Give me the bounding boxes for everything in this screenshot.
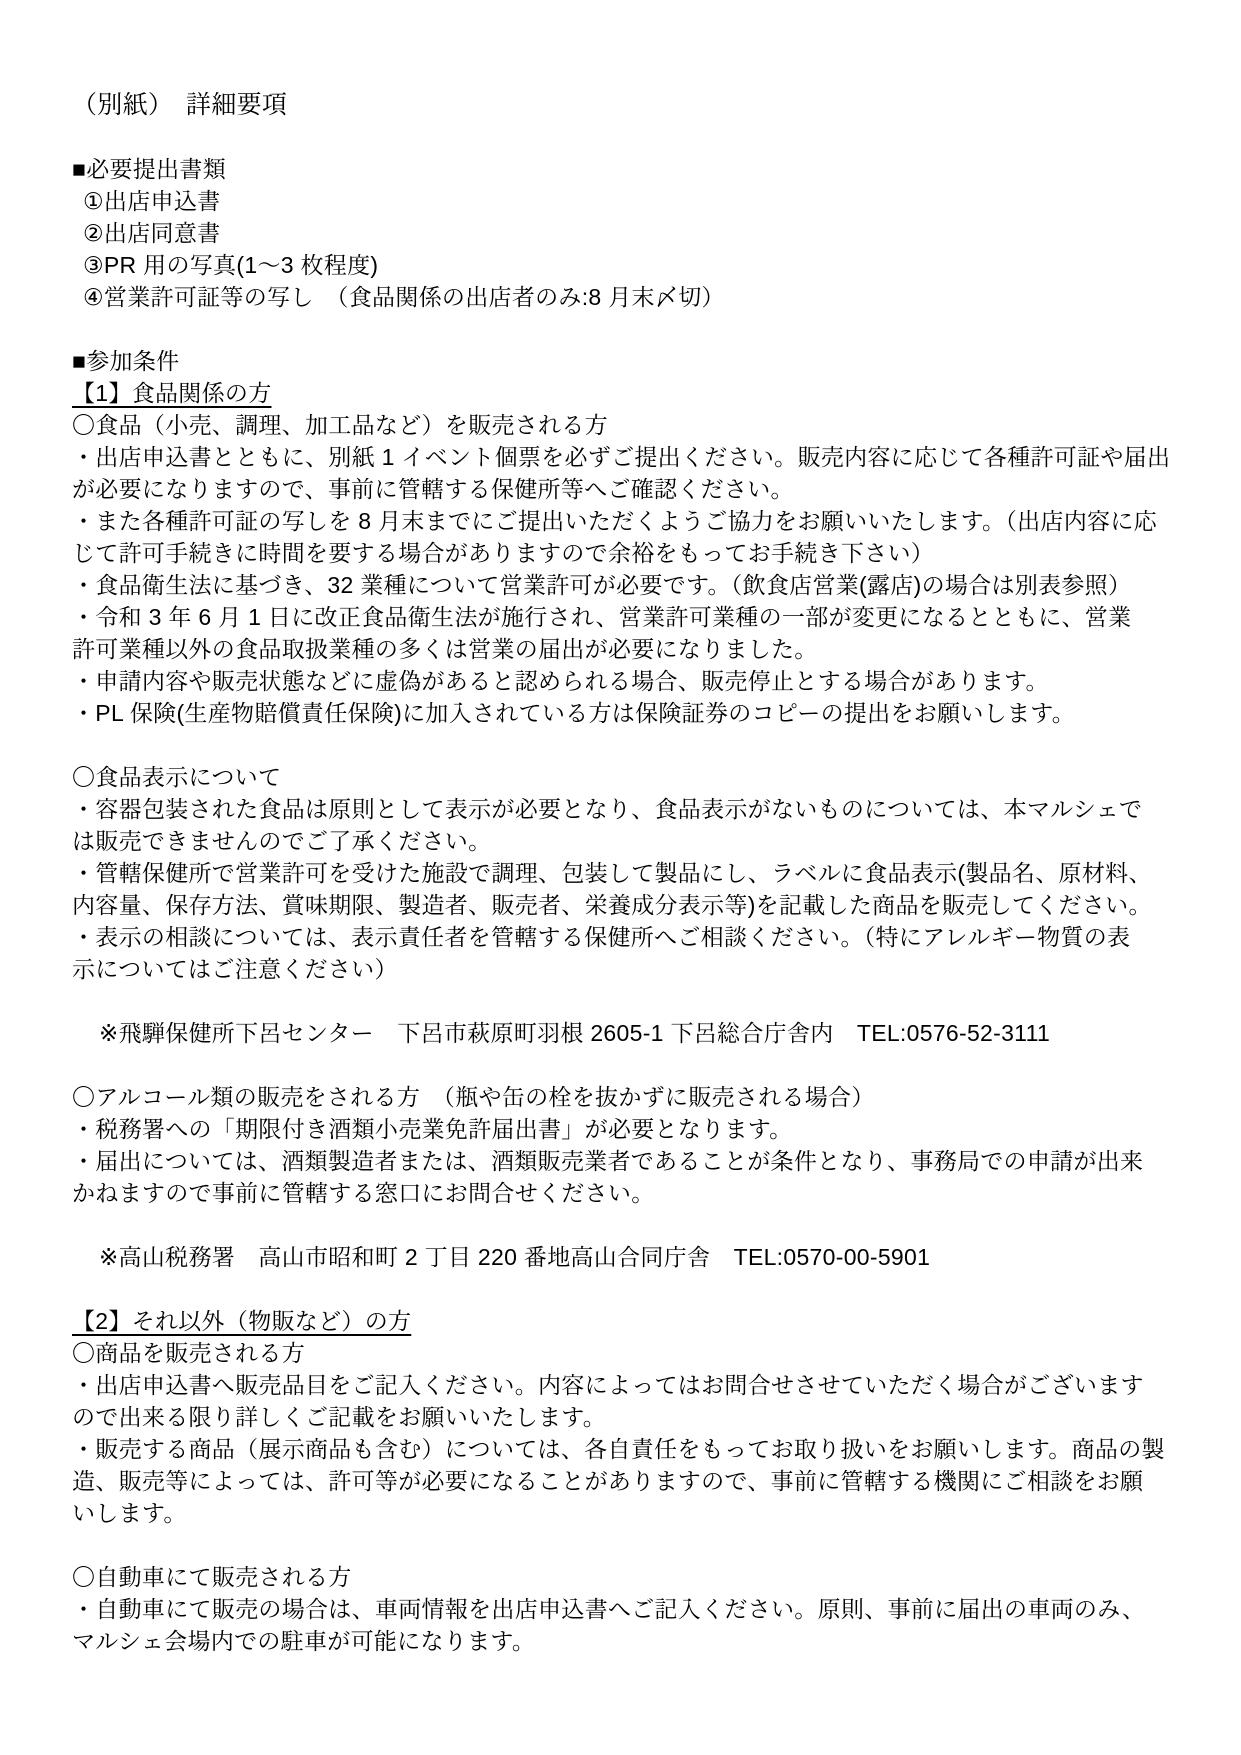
page-title: （別紙） 詳細要項 — [72, 89, 1182, 121]
text-line: ・PL 保険(生産物賠償責任保険)に加入されている方は保険証券のコピーの提出をお… — [72, 697, 1182, 729]
required-document-item: ③PR 用の写真(1～3 枚程度) — [72, 249, 1182, 281]
text-line: ・出店申込書とともに、別紙 1 イベント個票を必ずご提出ください。販売内容に応じ… — [72, 441, 1182, 473]
text-line: いします。 — [72, 1497, 1182, 1529]
spacer — [72, 1529, 1182, 1561]
food-labeling-subheading: 〇食品表示について — [72, 761, 1182, 793]
text-line: ・販売する商品（展示商品も含む）については、各自責任をもってお取り扱いをお願いし… — [72, 1433, 1182, 1465]
other-section-heading-text: 【2】それ以外（物販など）の方 — [72, 1305, 411, 1337]
text-line: 内容量、保存方法、賞味期限、製造者、販売者、栄養成分表示等)を記載した商品を販売… — [72, 889, 1182, 921]
spacer — [72, 121, 1182, 153]
required-document-item: ②出店同意書 — [72, 217, 1182, 249]
spacer — [72, 729, 1182, 761]
required-document-item: ④営業許可証等の写し （食品関係の出店者のみ:8 月末〆切） — [72, 281, 1182, 313]
goods-subheading: 〇商品を販売される方 — [72, 1337, 1182, 1369]
text-line: ・届出については、酒類製造者または、酒類販売業者であることが条件となり、事務局で… — [72, 1145, 1182, 1177]
text-line: ので出来る限り詳しくご記載をお願いいたします。 — [72, 1401, 1182, 1433]
participation-heading: ■参加条件 — [72, 345, 1182, 377]
text-line: 許可業種以外の食品取扱業種の多くは営業の届出が必要になりました。 — [72, 633, 1182, 665]
text-line: ・容器包装された食品は原則として表示が必要となり、食品表示がないものについては、… — [72, 793, 1182, 825]
text-line: かねますので事前に管轄する窓口にお問合せください。 — [72, 1177, 1182, 1209]
text-line: 造、販売等によっては、許可等が必要になることがありますので、事前に管轄する機関に… — [72, 1465, 1182, 1497]
food-section-heading-text: 【1】食品関係の方 — [72, 377, 272, 409]
text-line: ・申請内容や販売状態などに虚偽があると認められる場合、販売停止とする場合がありま… — [72, 665, 1182, 697]
text-line: が必要になりますので、事前に管轄する保健所等へご確認ください。 — [72, 473, 1182, 505]
text-line: 示についてはご注意ください） — [72, 953, 1182, 985]
alcohol-subheading: 〇アルコール類の販売をされる方 （瓶や缶の栓を抜かずに販売される場合） — [72, 1081, 1182, 1113]
text-line: ・自動車にて販売の場合は、車両情報を出店申込書へご記入ください。原則、事前に届出… — [72, 1593, 1182, 1625]
food-seller-subheading: 〇食品（小売、調理、加工品など）を販売される方 — [72, 409, 1182, 441]
required-document-item: ①出店申込書 — [72, 185, 1182, 217]
text-line: は販売できませんのでご了承ください。 — [72, 825, 1182, 857]
text-line: マルシェ会場内での駐車が可能になります。 — [72, 1625, 1182, 1657]
health-center-note: ※飛騨保健所下呂センター 下呂市萩原町羽根 2605-1 下呂総合庁舎内 TEL… — [72, 1017, 1182, 1049]
vehicle-subheading: 〇自動車にて販売される方 — [72, 1561, 1182, 1593]
text-line: ・出店申込書へ販売品目をご記入ください。内容によってはお問合せさせていただく場合… — [72, 1369, 1182, 1401]
required-documents-heading: ■必要提出書類 — [72, 153, 1182, 185]
food-section-heading: 【1】食品関係の方 — [72, 377, 1182, 409]
tax-office-note: ※高山税務署 高山市昭和町 2 丁目 220 番地高山合同庁舎 TEL:0570… — [72, 1241, 1182, 1273]
text-line: ・管轄保健所で営業許可を受けた施設で調理、包装して製品にし、ラベルに食品表示(製… — [72, 857, 1182, 889]
spacer — [72, 1049, 1182, 1081]
text-line: じて許可手続きに時間を要する場合がありますので余裕をもってお手続き下さい） — [72, 537, 1182, 569]
other-section-heading: 【2】それ以外（物販など）の方 — [72, 1305, 1182, 1337]
text-line: ・税務署への「期限付き酒類小売業免許届出書」が必要となります。 — [72, 1113, 1182, 1145]
text-line: ・食品衛生法に基づき、32 業種について営業許可が必要です。（飲食店営業(露店)… — [72, 569, 1182, 601]
text-line: ・表示の相談については、表示責任者を管轄する保健所へご相談ください。（特にアレル… — [72, 921, 1182, 953]
text-line: ・令和 3 年 6 月 1 日に改正食品衛生法が施行され、営業許可業種の一部が変… — [72, 601, 1182, 633]
spacer — [72, 313, 1182, 345]
spacer — [72, 1209, 1182, 1241]
document-page: （別紙） 詳細要項 ■必要提出書類 ①出店申込書 ②出店同意書 ③PR 用の写真… — [0, 0, 1241, 1755]
spacer — [72, 985, 1182, 1017]
spacer — [72, 1273, 1182, 1305]
text-line: ・また各種許可証の写しを 8 月末までにご提出いただくようご協力をお願いいたしま… — [72, 505, 1182, 537]
document-content: （別紙） 詳細要項 ■必要提出書類 ①出店申込書 ②出店同意書 ③PR 用の写真… — [72, 89, 1182, 1657]
